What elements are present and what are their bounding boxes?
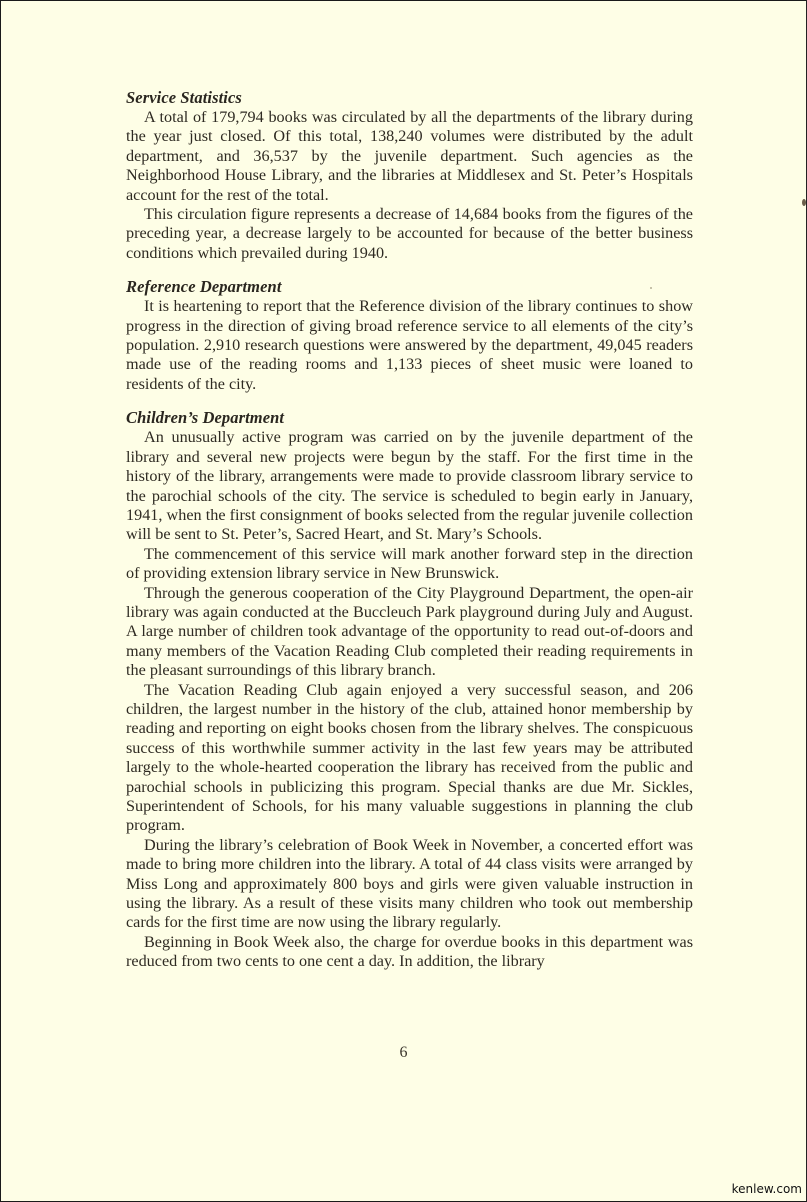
section-reference-department: Reference Department It is heartening to… — [126, 277, 693, 394]
paragraph: The commencement of this service will ma… — [126, 545, 693, 584]
paragraph: This circulation figure represents a dec… — [126, 205, 693, 263]
paragraph: Through the generous cooperation of the … — [126, 584, 693, 681]
section-heading: Children’s Department — [126, 408, 693, 428]
section-heading: Reference Department — [126, 277, 693, 297]
paragraph: The Vacation Reading Club again enjoyed … — [126, 681, 693, 836]
paper-speck — [650, 287, 652, 289]
paper-speck — [802, 199, 806, 206]
paragraph: During the library’s celebration of Book… — [126, 836, 693, 933]
page-number: 6 — [0, 1044, 807, 1062]
paragraph: An unusually active program was carried … — [126, 428, 693, 544]
watermark: kenlew.com — [732, 1182, 802, 1196]
section-childrens-department: Children’s Department An unusually activ… — [126, 408, 693, 971]
section-heading: Service Statistics — [126, 88, 693, 108]
paragraph: Beginning in Book Week also, the charge … — [126, 933, 693, 972]
document-page: Service Statistics A total of 179,794 bo… — [126, 88, 693, 972]
section-service-statistics: Service Statistics A total of 179,794 bo… — [126, 88, 693, 263]
paragraph: It is heartening to report that the Refe… — [126, 297, 693, 394]
paragraph: A total of 179,794 books was circulated … — [126, 108, 693, 205]
